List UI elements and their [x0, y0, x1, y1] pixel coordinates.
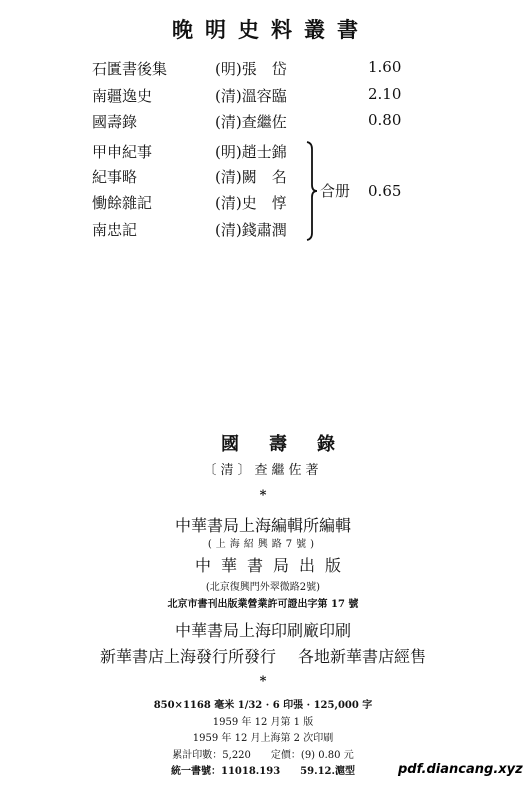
book-author: (清)史 惇 [215, 192, 287, 213]
watermark: pdf.diancang.xyz [398, 762, 523, 777]
book-author: (清)闕 名 [215, 166, 287, 187]
price: 定價：(9) 0.80 元 [271, 750, 354, 761]
license-line: 北京市書刊出版業營業許可證出字第 17 號 [0, 595, 526, 610]
publisher-address: (北京復興門外翠微路2號) [0, 578, 526, 593]
book-title: 南疆逸史 [92, 85, 152, 106]
book-title: 南忠記 [92, 219, 137, 240]
distribution-line: 新華書店上海發行所發行各地新華書店經售 [0, 644, 526, 667]
book-author: (明)趙士錦 [215, 141, 287, 162]
book-author-line: 〔清〕查繼佐著 [0, 459, 526, 478]
book-title-heading: 國壽錄 [0, 430, 526, 456]
editor-line: 中華書局上海編輯所編輯 [0, 513, 526, 536]
spec-line: 850×1168 毫米 1/32 · 6 印張 · 125,000 字 [0, 696, 526, 711]
combined-label: 合册 [320, 182, 350, 200]
book-title: 國壽錄 [92, 111, 137, 132]
editor-address: (上海紹興路7號) [0, 535, 526, 550]
publisher-line: 中華書局出版 [0, 553, 526, 576]
distributor: 新華書店上海發行所發行 [100, 647, 276, 666]
stats-line: 累計印數：5,220定價：(9) 0.80 元 [0, 746, 526, 761]
book-title: 甲申紀事 [92, 141, 152, 162]
separator-star: * [0, 674, 526, 689]
edition-line: 1959 年 12 月第 1 版 [0, 713, 526, 728]
combined-volume: 合册0.65 [320, 180, 401, 201]
seller: 各地新華書店經售 [298, 647, 426, 666]
book-price: 0.80 [368, 111, 401, 129]
series-title: 晚明史料叢書 [0, 14, 526, 44]
unified-number: 統一書號：11018.193 [171, 766, 280, 777]
book-price: 2.10 [368, 85, 401, 103]
book-author: (清)錢肅潤 [215, 219, 287, 240]
catalog-code: 59.12.滬型 [300, 766, 355, 777]
brace-icon [306, 141, 318, 241]
print-count: 累計印數：5,220 [172, 750, 251, 761]
book-author: (清)查繼佐 [215, 111, 287, 132]
printing-line: 1959 年 12 月上海第 2 次印刷 [0, 729, 526, 744]
book-title: 紀事略 [92, 166, 137, 187]
combined-price: 0.65 [368, 182, 401, 200]
book-author: (清)溫容臨 [215, 85, 287, 106]
book-price: 1.60 [368, 58, 401, 76]
printer-line: 中華書局上海印刷廠印刷 [0, 618, 526, 641]
book-title: 石匱書後集 [92, 58, 167, 79]
book-title: 慟餘雜記 [92, 192, 152, 213]
book-author: (明)張 岱 [215, 58, 287, 79]
separator-star: * [0, 488, 526, 503]
